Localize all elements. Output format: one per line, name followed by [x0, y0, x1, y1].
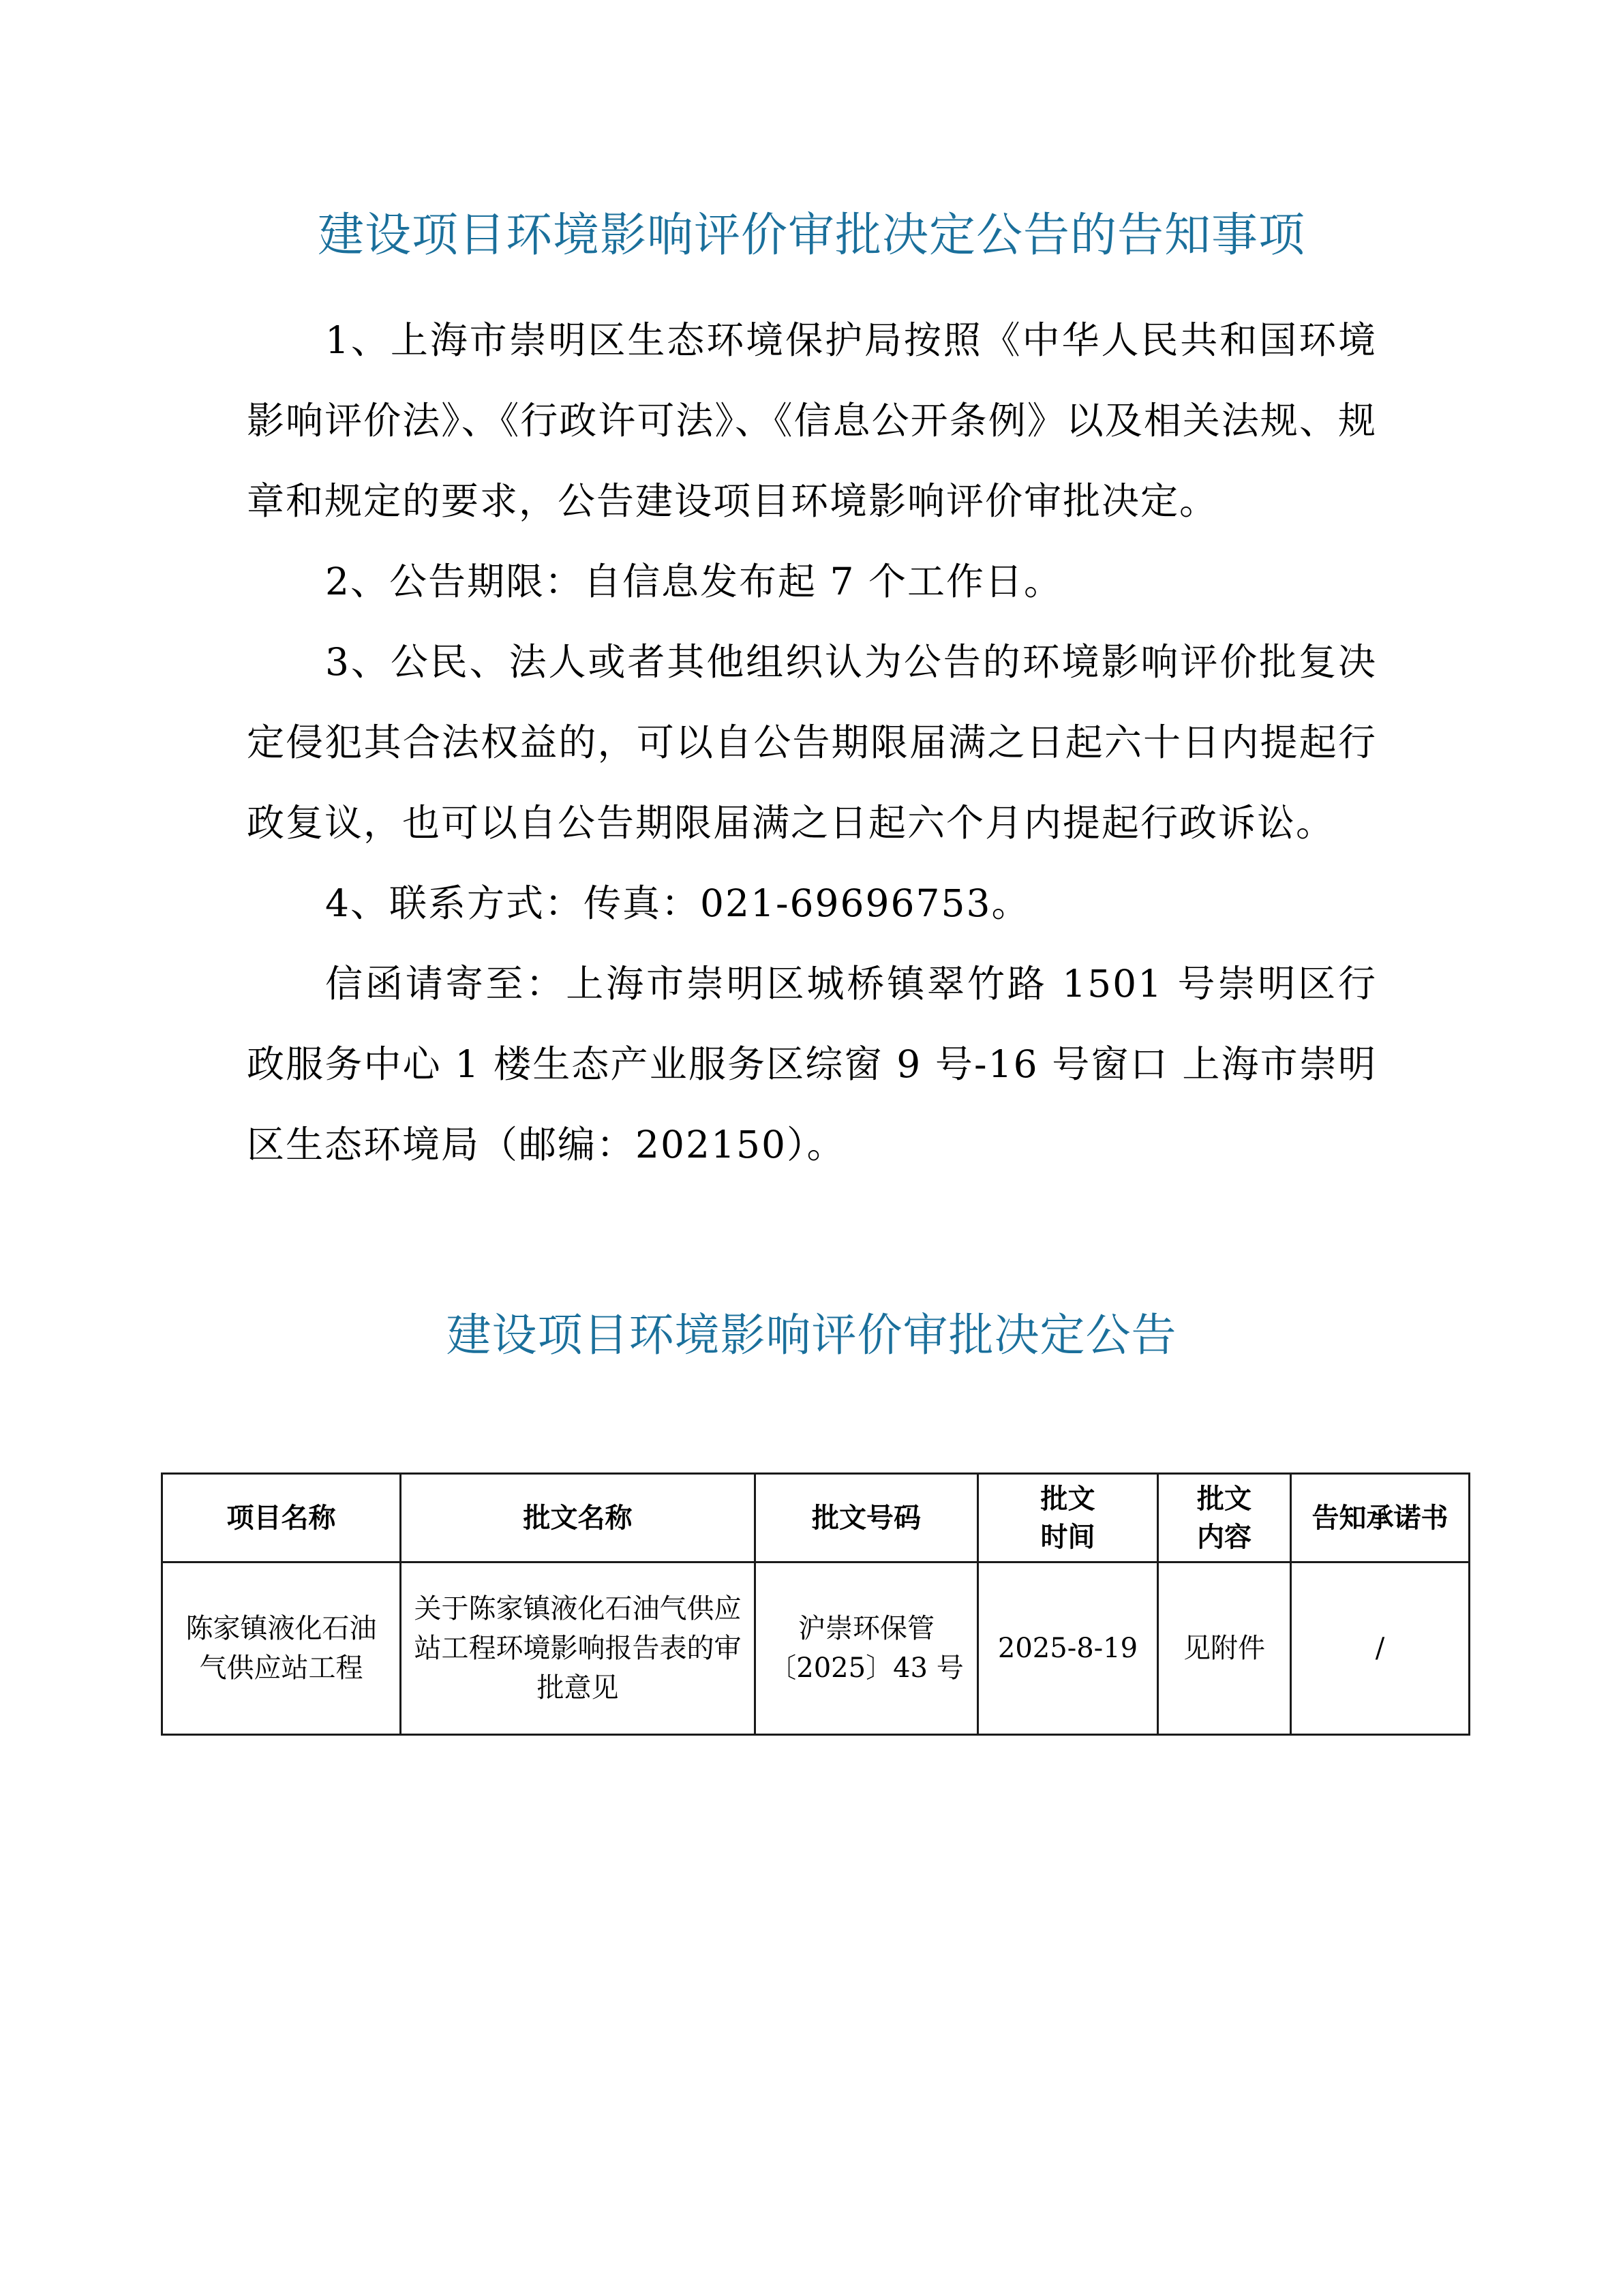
notice-paragraph-3: 3、公民、法人或者其他组织认为公告的环境影响评价批复决定侵犯其合法权益的，可以自…: [247, 622, 1377, 863]
cell-document-name: 关于陈家镇液化石油气供应站工程环境影响报告表的审批意见: [401, 1562, 755, 1735]
notice-title: 建设项目环境影响评价审批决定公告的告知事项: [0, 213, 1623, 259]
header-label-line1: 批文: [1168, 1480, 1280, 1518]
header-document-number: 批文号码: [755, 1474, 978, 1562]
cell-document-date: 2025-8-19: [978, 1562, 1158, 1735]
header-label: 批文名称: [411, 1499, 744, 1537]
cell-document-content[interactable]: 见附件: [1158, 1562, 1291, 1735]
notice-paragraph-4: 4、联系方式：传真：021-69696753。: [247, 863, 1377, 943]
notice-paragraph-2: 2、公告期限：自信息发布起 7 个工作日。: [247, 541, 1377, 622]
notice-paragraph-address: 信函请寄至：上海市崇明区城桥镇翠竹路 1501 号崇明区行政服务中心 1 楼生态…: [247, 943, 1377, 1185]
header-document-name: 批文名称: [401, 1474, 755, 1562]
notice-body: 1、上海市崇明区生态环境保护局按照《中华人民共和国环境影响评价法》、《行政许可法…: [247, 300, 1377, 1185]
header-label-line2: 内容: [1168, 1518, 1280, 1556]
approval-table: 项目名称 批文名称 批文号码 批文 时间 批文 内容 告知承诺书 陈家镇液化石油…: [161, 1472, 1470, 1736]
header-label-line2: 时间: [988, 1518, 1147, 1556]
notice-paragraph-1: 1、上海市崇明区生态环境保护局按照《中华人民共和国环境影响评价法》、《行政许可法…: [247, 300, 1377, 541]
header-document-date: 批文 时间: [978, 1474, 1158, 1562]
cell-project-name: 陈家镇液化石油气供应站工程: [162, 1562, 401, 1735]
announcement-title: 建设项目环境影响评价审批决定公告: [0, 1313, 1623, 1358]
header-document-content: 批文 内容: [1158, 1474, 1291, 1562]
header-label: 告知承诺书: [1301, 1499, 1459, 1537]
table-header-row: 项目名称 批文名称 批文号码 批文 时间 批文 内容 告知承诺书: [162, 1474, 1470, 1562]
header-label: 项目名称: [172, 1499, 390, 1537]
header-label: 批文号码: [765, 1499, 967, 1537]
header-commitment-letter: 告知承诺书: [1291, 1474, 1470, 1562]
header-label-line1: 批文: [988, 1480, 1147, 1518]
table-row: 陈家镇液化石油气供应站工程 关于陈家镇液化石油气供应站工程环境影响报告表的审批意…: [162, 1562, 1470, 1735]
header-project-name: 项目名称: [162, 1474, 401, 1562]
cell-commitment-letter: /: [1291, 1562, 1470, 1735]
cell-document-number: 沪崇环保管〔2025〕43 号: [755, 1562, 978, 1735]
